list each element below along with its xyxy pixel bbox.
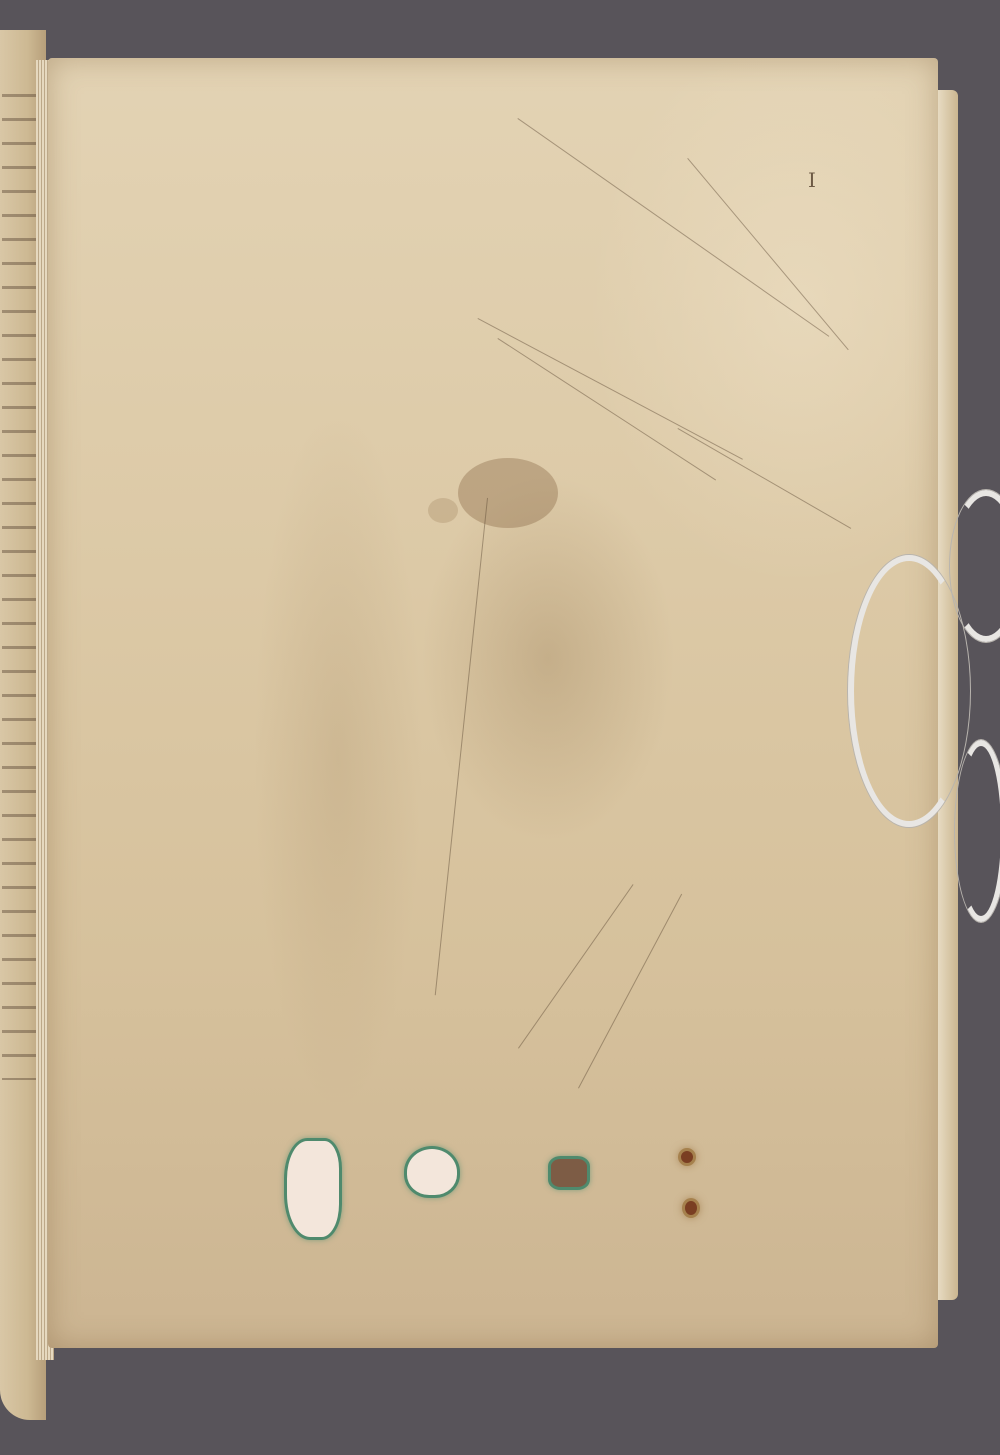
vellum-cover: [48, 58, 938, 1348]
scratch: [497, 338, 716, 480]
scratch: [517, 118, 829, 337]
hole: [404, 1146, 460, 1198]
cord-tie: [955, 740, 1000, 922]
hole: [682, 1198, 700, 1218]
shelf-mark: I: [808, 168, 816, 192]
scratch: [435, 498, 488, 995]
scratch: [518, 884, 634, 1048]
scratch: [678, 428, 852, 529]
stain: [458, 458, 558, 528]
scratch: [578, 894, 682, 1089]
hole: [548, 1156, 590, 1190]
stain: [428, 498, 458, 523]
manuscript-photo: I: [0, 0, 1000, 1455]
hole: [284, 1138, 342, 1240]
scratch: [478, 318, 743, 460]
left-page-text: [2, 80, 38, 1080]
cord-tie: [848, 555, 970, 827]
hole: [678, 1148, 696, 1166]
